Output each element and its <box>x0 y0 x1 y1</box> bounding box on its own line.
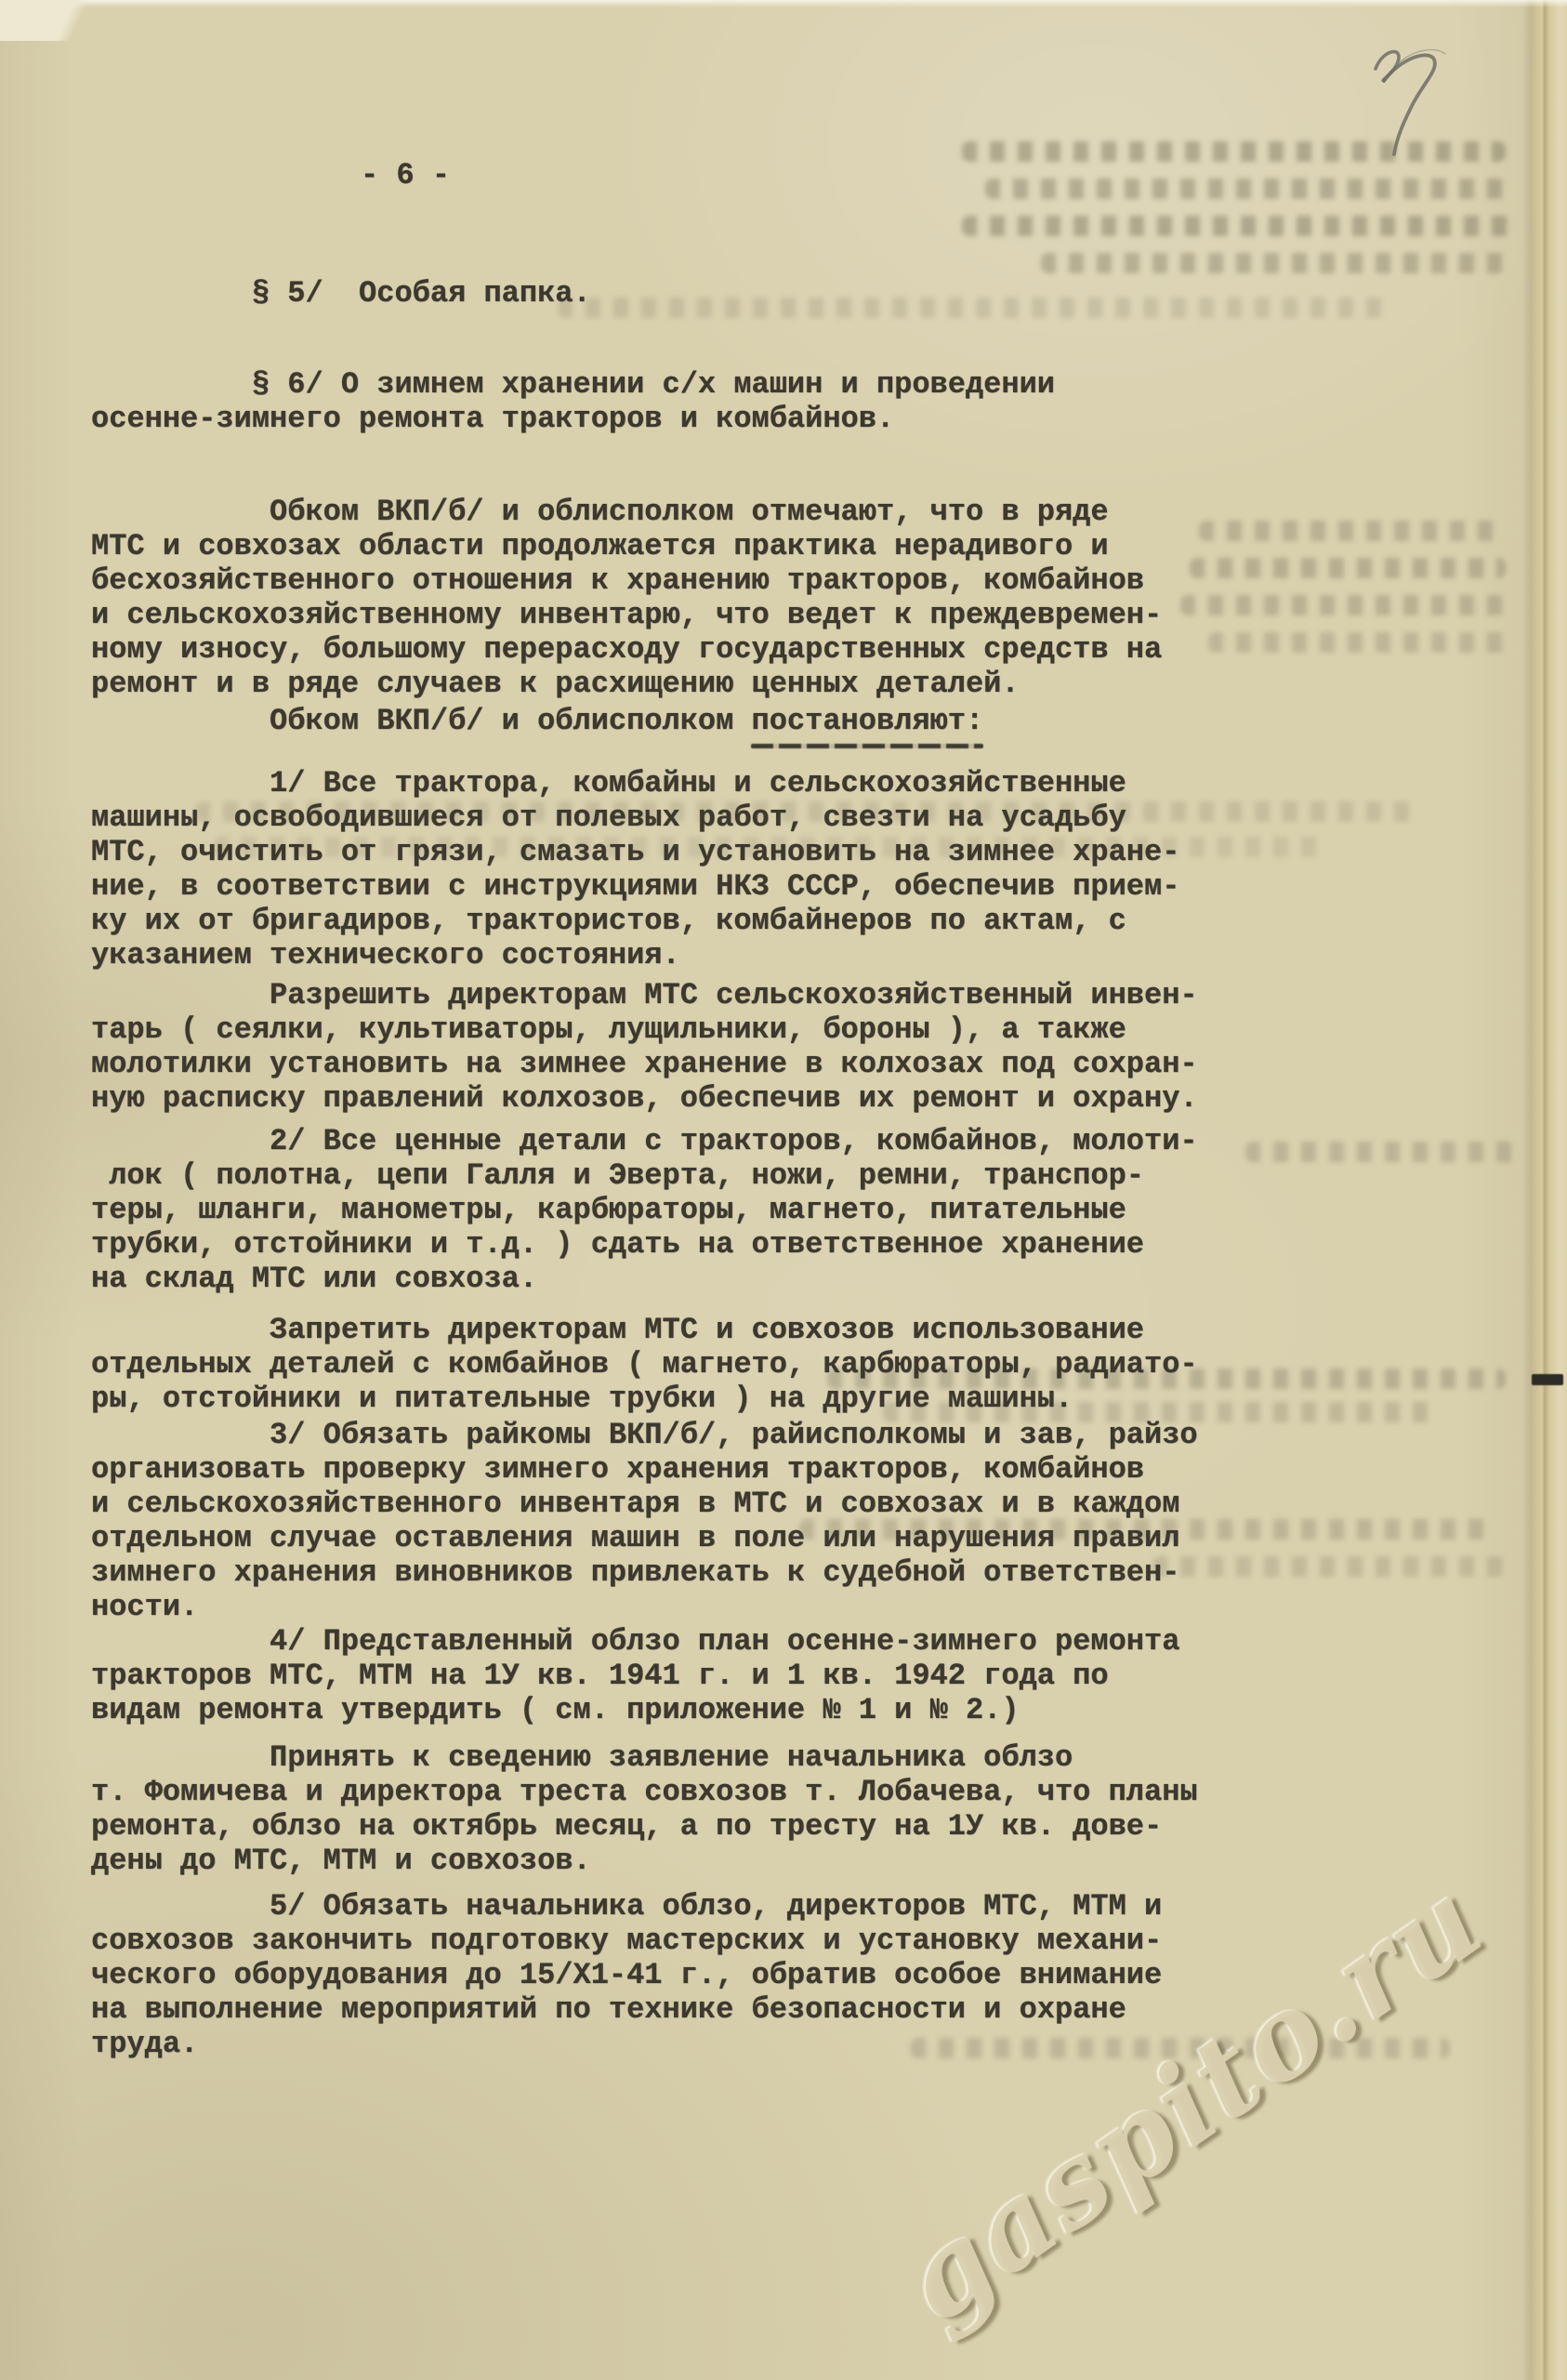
bleed-through-text <box>1245 1142 1515 1162</box>
paragraph-point-2: 2/ Все ценные детали с тракторов, комбай… <box>91 1124 1198 1296</box>
bleed-through-text <box>1208 632 1506 653</box>
scanned-document-page: 7 - 6 - § 5/ Особая папка. § 6/ О зимнем… <box>0 0 1567 2380</box>
bleed-through-text <box>1152 1556 1506 1577</box>
paragraph-point-5: 5/ Обязать начальника облзо, директоров … <box>91 1889 1162 2061</box>
paragraph-point-4a: Принять к сведению заявление начальника … <box>91 1740 1198 1878</box>
bleed-through-text <box>985 178 1506 199</box>
bleed-through-text <box>1190 558 1506 578</box>
section-5-heading: § 5/ Особая папка. <box>91 276 591 311</box>
paragraph-point-4: 4/ Представленный облзо план осенне-зимн… <box>91 1624 1179 1727</box>
paragraph-point-1: 1/ Все трактора, комбайны и сельскохозяй… <box>91 766 1179 972</box>
paragraph-preamble: Обком ВКП/б/ и облисполком отмечают, что… <box>91 495 1162 701</box>
margin-mark <box>1532 1374 1563 1385</box>
paragraph-point-3: 3/ Обязать райкомы ВКП/б/, райисполкомы … <box>91 1418 1198 1624</box>
bleed-through-text <box>1041 253 1506 273</box>
section-6-heading: § 6/ О зимнем хранении с/х машин и прове… <box>91 367 1055 436</box>
page-right-edge <box>1522 0 1567 2380</box>
paragraph-resolution-lead: Обком ВКП/б/ и облисполком постановляют: <box>91 704 983 738</box>
bleed-through-text <box>962 216 1510 236</box>
svg-text:7: 7 <box>1350 39 1359 44</box>
page-top-edge <box>0 0 1567 7</box>
page-top-left-corner <box>0 0 125 41</box>
paragraph-point-2a: Запретить директорам МТС и совхозов испо… <box>91 1313 1198 1416</box>
typed-page-number: - 6 - <box>361 158 450 192</box>
bleed-through-text <box>1180 595 1506 615</box>
handwritten-page-number: 7 <box>1350 39 1452 165</box>
bleed-through-text <box>1199 521 1506 541</box>
paragraph-point-1a: Разрешить директорам МТС сельскохозяйств… <box>91 978 1198 1116</box>
dashed-underline <box>751 744 983 748</box>
bleed-through-text <box>558 297 1394 318</box>
